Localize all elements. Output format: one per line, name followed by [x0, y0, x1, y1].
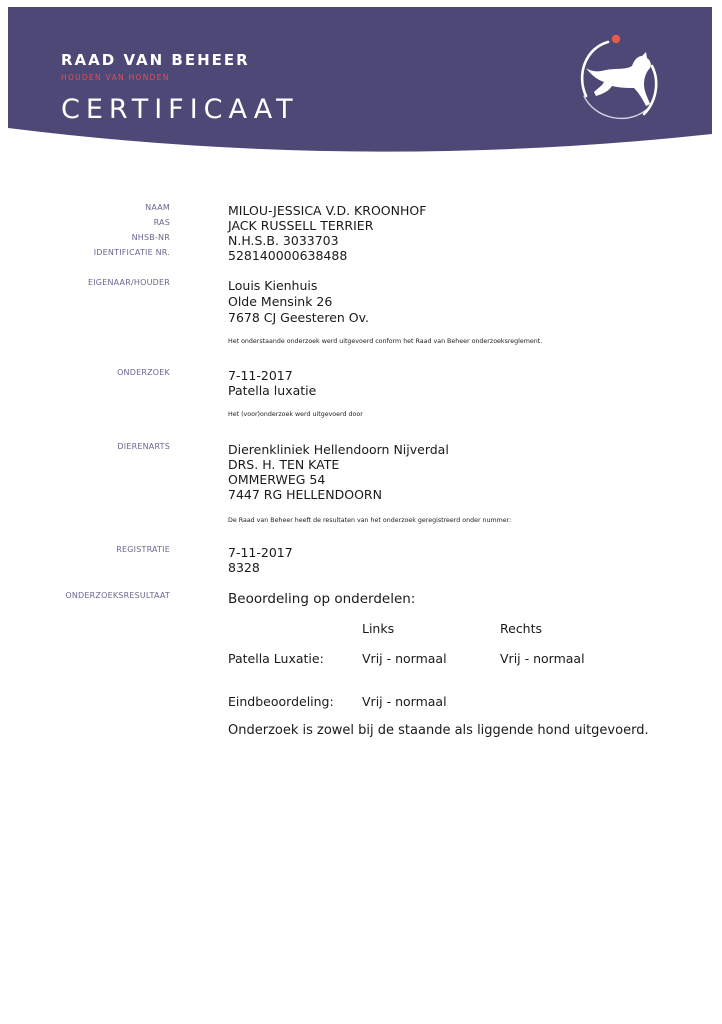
- vet-name: DRS. H. TEN KATE: [228, 457, 339, 472]
- organization-name: RAAD VAN BEHEER: [61, 51, 250, 69]
- vet-city: 7447 RG HELLENDOORN: [228, 487, 382, 502]
- dog-breed: JACK RUSSELL TERRIER: [228, 218, 373, 233]
- result-row-name: Patella Luxatie:: [228, 651, 324, 666]
- label-breed: RAS: [154, 218, 170, 227]
- final-assessment-label: Eindbeoordeling:: [228, 694, 334, 709]
- regulation-note: Het onderstaande onderzoek werd uitgevoe…: [228, 338, 542, 345]
- dog-nhsb-number: N.H.S.B. 3033703: [228, 233, 339, 248]
- document-title: CERTIFICAAT: [61, 94, 299, 125]
- organization-tagline: HOUDEN VAN HONDEN: [61, 73, 170, 82]
- label-registration: REGISTRATIE: [116, 545, 170, 554]
- examination-date: 7-11-2017: [228, 368, 293, 383]
- label-identification: IDENTIFICATIE NR.: [94, 248, 170, 257]
- column-right: Rechts: [500, 621, 542, 636]
- registration-number: 8328: [228, 560, 260, 575]
- result-row-right: Vrij - normaal: [500, 651, 585, 666]
- vet-street: OMMERWEG 54: [228, 472, 325, 487]
- result-row-left: Vrij - normaal: [362, 651, 447, 666]
- examination-remark: Onderzoek is zowel bij de staande als li…: [228, 723, 649, 738]
- owner-name: Louis Kienhuis: [228, 278, 317, 293]
- label-name: NAAM: [145, 203, 170, 212]
- label-vet: DIERENARTS: [117, 442, 170, 451]
- column-left: Links: [362, 621, 394, 636]
- label-result: ONDERZOEKSRESULTAAT: [65, 591, 170, 600]
- owner-city: 7678 CJ Geesteren Ov.: [228, 310, 369, 325]
- owner-street: Olde Mensink 26: [228, 294, 332, 309]
- final-assessment-value: Vrij - normaal: [362, 694, 447, 709]
- label-nhsb: NHSB-NR: [132, 233, 170, 242]
- examination-type: Patella luxatie: [228, 383, 316, 398]
- performed-by-note: Het (voor)onderzoek werd uitgevoerd door: [228, 411, 363, 418]
- dog-identification-number: 528140000638488: [228, 248, 347, 263]
- jumping-dog-logo-icon: [568, 26, 668, 126]
- vet-clinic: Dierenkliniek Hellendoorn Nijverdal: [228, 442, 449, 457]
- label-owner: EIGENAAR/HOUDER: [88, 278, 170, 287]
- dog-name: MILOU-JESSICA V.D. KROONHOF: [228, 203, 426, 218]
- result-heading: Beoordeling op onderdelen:: [228, 591, 415, 607]
- registered-note: De Raad van Beheer heeft de resultaten v…: [228, 517, 511, 524]
- registration-date: 7-11-2017: [228, 545, 293, 560]
- label-examination: ONDERZOEK: [117, 368, 170, 377]
